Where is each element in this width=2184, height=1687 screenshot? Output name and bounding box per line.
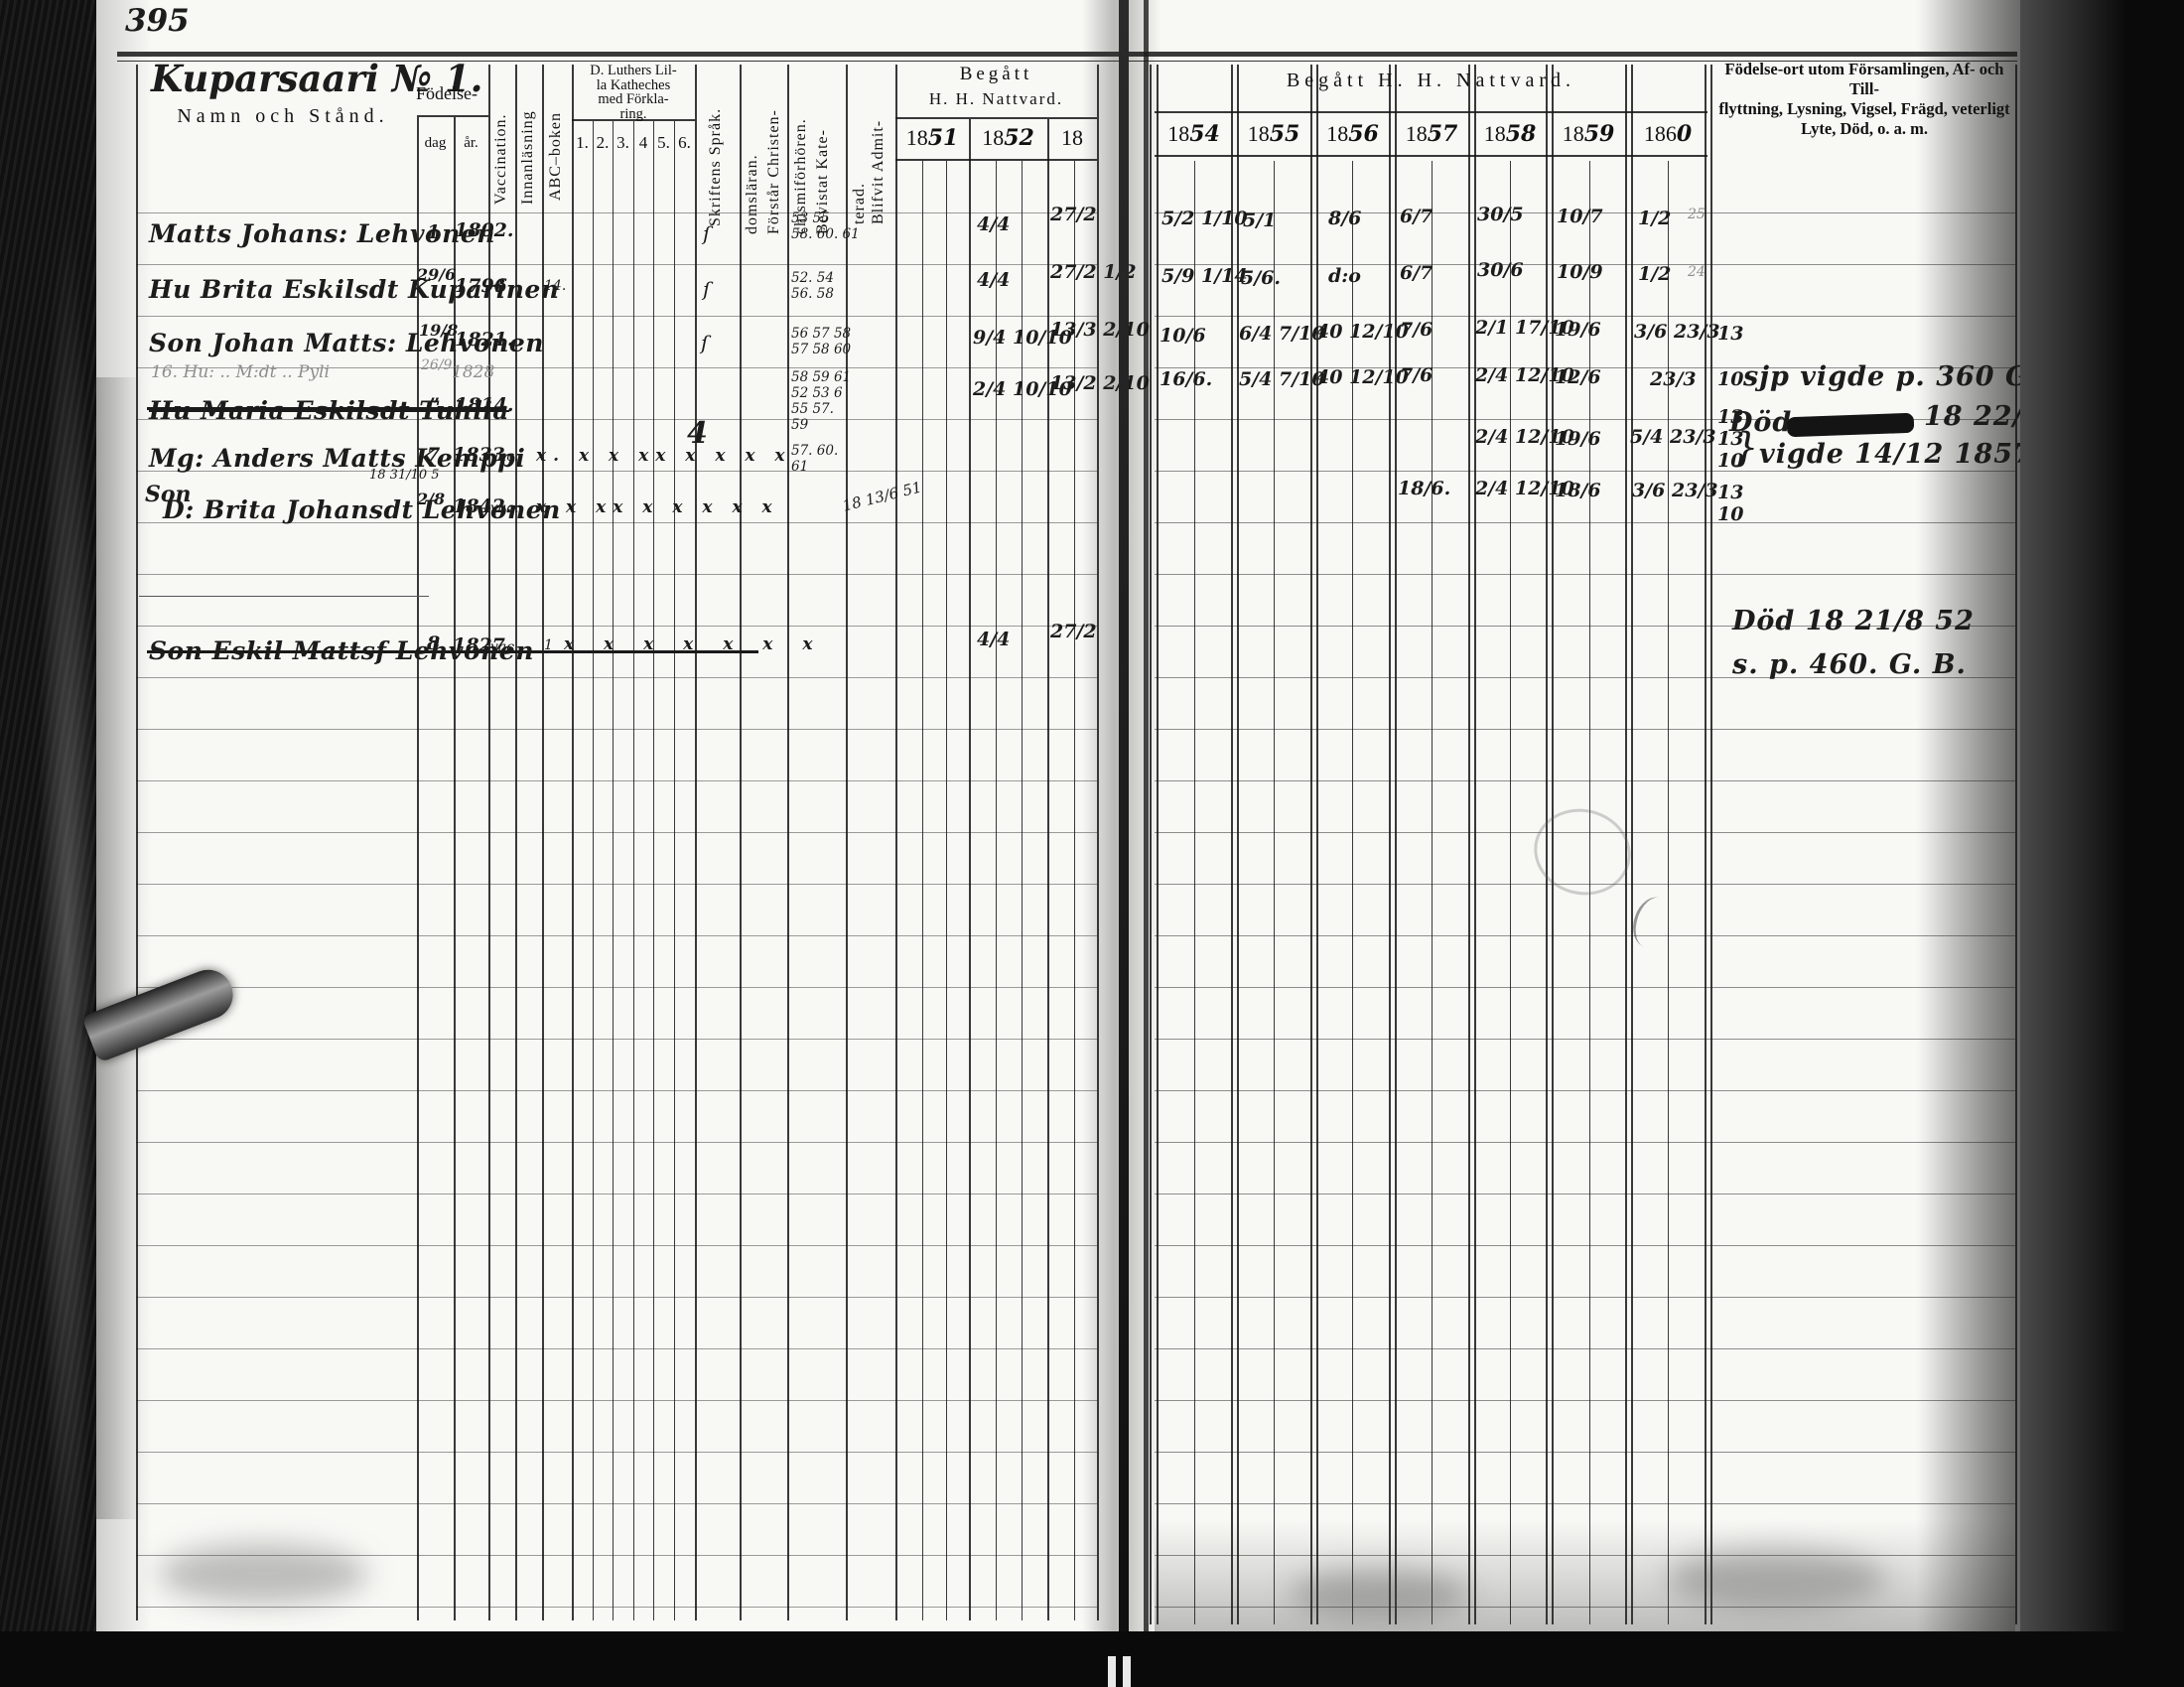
nattvard-1854: 5/9 1/14	[1161, 266, 1248, 288]
rule-line-v	[1310, 65, 1312, 1624]
right-edge-shadow	[1916, 0, 2020, 1687]
nattvard-1858: 30/6	[1477, 260, 1524, 282]
year-print: 186	[1644, 121, 1677, 146]
nattvard-1859: 10/9	[1557, 262, 1603, 284]
column-header-katekes: D. Luthers Lil- la Katheches med Förkla-…	[574, 64, 693, 121]
fold-crease-line	[1144, 0, 1149, 1636]
vaccination-mark: w	[493, 280, 505, 296]
abc-mark: 14.	[544, 278, 566, 294]
year-print: 18	[1484, 121, 1506, 146]
rule-line-v	[613, 121, 614, 1620]
year-hand: 54	[1189, 121, 1220, 147]
nattvard-1859: 18/6	[1555, 481, 1601, 502]
rule-line-v	[1705, 65, 1706, 1624]
skrift-mark: ſ	[703, 222, 710, 245]
left-nattvard-header-line1: Begått	[895, 64, 1097, 85]
year-print: 18	[1167, 121, 1189, 146]
nattvard-1856: 40 12/10	[1316, 322, 1409, 344]
left-margin-shading	[94, 377, 142, 1519]
dashed-guide-line	[139, 596, 429, 597]
nattvard-1855: 5/4 7/10	[1239, 369, 1325, 391]
right-nattvard-header: Begått H. H. Nattvard.	[1155, 70, 1707, 92]
nattvard-1857: 7/6	[1400, 320, 1433, 342]
binding-tick-mark	[1123, 1656, 1131, 1687]
katekes-subcol-4: 4	[633, 133, 653, 153]
examination-crosses: x x xx x x x x x	[536, 498, 779, 518]
right-year-1859: 1859	[1552, 121, 1625, 147]
note-number: 13 10	[1717, 483, 1743, 526]
year-print: 18	[1248, 121, 1270, 146]
smudge	[1291, 1569, 1469, 1618]
row-name: Matts Johans: Lehvonen	[149, 220, 495, 249]
nattvard-1854: 10/6	[1160, 326, 1206, 348]
rule-line-v	[1474, 65, 1476, 1624]
right-year-1858: 1858	[1474, 121, 1546, 147]
smudge	[159, 1544, 367, 1604]
year-print: 18	[1563, 121, 1584, 146]
nattvard-1860: 3/6 23/3	[1634, 322, 1720, 344]
note-number: 13	[1717, 324, 1743, 346]
bevistat-years: 55 57. 59	[791, 401, 834, 433]
rule-line-v	[1231, 65, 1233, 1624]
rule-line-v	[1316, 65, 1318, 1624]
subheader-dag: dag	[417, 135, 454, 152]
year-hand: 56	[1348, 121, 1379, 147]
rule-line-v	[1389, 65, 1391, 1624]
skrift-mark: ſ	[701, 332, 708, 354]
right-year-1855: 1855	[1237, 121, 1310, 147]
bevistat-years: 58 59 61 52 53 6	[791, 369, 851, 401]
rule-line-v	[922, 161, 923, 1620]
rule-line-h	[1155, 111, 1707, 113]
fold-crease-line	[1119, 0, 1129, 1636]
nattvard-1855: 5/6.	[1241, 268, 1281, 290]
column-header-vaccination: Vaccination.	[492, 71, 510, 205]
smudge	[1668, 1549, 1886, 1609]
year-hand: 52	[1004, 125, 1034, 151]
nattvard-1855: 5/1	[1243, 211, 1276, 232]
note-number: 10	[1717, 369, 1743, 391]
column-header-admitterad-line1: Blifvit Admit-	[870, 66, 887, 224]
nattvard-1857: 6/7	[1400, 263, 1433, 285]
nattvard-1860: 1/2	[1638, 264, 1671, 286]
nattvard-1857: 6/7	[1400, 207, 1433, 228]
examination-crosses: x. x x xx x x x x	[536, 447, 792, 467]
katekes-subcol-3: 3.	[613, 133, 633, 153]
column-header-innanlasning: Innanläsning	[519, 71, 537, 205]
row-birth-year: 1814.	[455, 395, 514, 417]
rule-line-v	[969, 119, 971, 1620]
nattvard-1859: 19/6	[1555, 320, 1601, 342]
year-hand: 57	[1428, 121, 1458, 147]
nattvard-1859: 19/6	[1555, 429, 1601, 451]
subheader-ar: år.	[454, 135, 488, 152]
column-header-skriftens-sprak: Skriftens Språk.	[707, 68, 725, 226]
nattvard-1852: 4/4	[977, 630, 1010, 651]
marginal-brace: }	[1733, 425, 1758, 471]
scan-bottom-black-border	[0, 1631, 2184, 1687]
nattvard-1855: 6/4 7/10	[1239, 324, 1325, 346]
rule-line-v	[1237, 65, 1239, 1624]
nattvard-1860: 5/4 23/3	[1630, 427, 1716, 449]
rule-line-v	[1710, 65, 1712, 1624]
strikethrough-line	[147, 650, 758, 653]
rule-line-v	[895, 65, 897, 1620]
scan-right-black-border	[2020, 0, 2184, 1687]
rule-line-v	[1631, 65, 1633, 1624]
nattvard-1859: 12/6	[1555, 367, 1601, 389]
nattvard-1854: 5/2 1/10	[1161, 209, 1248, 230]
vaccination-mark: vac.	[490, 500, 519, 516]
right-year-1860: 1860	[1631, 121, 1705, 147]
year-print: 18	[1061, 125, 1083, 150]
year-hand: 0	[1677, 121, 1692, 147]
rule-line-v	[633, 121, 634, 1620]
nattvard-1852: 4/4	[977, 270, 1010, 292]
nattvard-1859: 10/7	[1557, 207, 1603, 228]
right-year-1857: 1857	[1395, 121, 1468, 147]
bevistat-years: 56 57 58 57 58 60	[791, 326, 851, 357]
rule-line-h	[895, 159, 1097, 161]
nattvard-1860: 23/3	[1650, 369, 1697, 391]
nattvard-1856: d:o	[1328, 266, 1361, 288]
column-header-abc-boken: ABC–boken	[547, 75, 565, 201]
bevistat-years: 53 55 58. 60. 61	[791, 211, 860, 242]
rule-line-h	[1155, 155, 1707, 157]
rule-line-v	[740, 65, 742, 1620]
rule-line-v	[787, 65, 789, 1620]
bevistat-years: 57. 60. 61	[791, 443, 838, 475]
row-birth-year: 1828	[452, 363, 494, 383]
katekes-subcol-5: 5.	[653, 133, 674, 153]
katekes-subcol-1: 1.	[572, 133, 593, 153]
binding-tick-mark	[1108, 1656, 1116, 1687]
interline-note: 18 31/10 5	[369, 469, 440, 484]
row-birth-day-ditto: ”	[429, 395, 440, 417]
row-birth-day: 26/9	[421, 357, 452, 373]
rule-line-v	[1395, 65, 1397, 1624]
rule-line-v	[1468, 65, 1470, 1624]
year-print: 18	[1326, 121, 1348, 146]
rule-line-v	[674, 121, 675, 1620]
column-header-fodelse: Födelse-	[405, 83, 488, 104]
left-nattvard-header-line2: H. H. Nattvard.	[895, 89, 1097, 109]
rule-line-v	[593, 121, 594, 1620]
nattvard-1852: 4/4	[977, 214, 1010, 236]
nattvard-1860: 1/2	[1638, 209, 1671, 230]
year-print: 18	[906, 125, 928, 150]
pencil-annotation: 25	[1688, 207, 1706, 222]
column-header-forstar-line2: domsläran.	[744, 66, 761, 234]
row-birth-day: 7	[427, 445, 440, 467]
row-birth-year: 1821.	[455, 330, 514, 351]
column-header-bevistat-line2: chismiförhören.	[792, 66, 810, 234]
row-birth-day: 19/8	[419, 322, 458, 340]
nattvard-1860: 3/6 23/3	[1632, 481, 1718, 502]
year-hand: 51	[928, 125, 959, 151]
rule-line-v	[653, 121, 654, 1620]
katekes-subcol-2: 2.	[593, 133, 613, 153]
rule-line-v	[846, 65, 848, 1620]
rule-line-v	[572, 65, 574, 1620]
rule-line-v	[695, 65, 697, 1620]
row-birth-day: 2/8	[417, 491, 445, 508]
rule-line-h	[895, 117, 1097, 119]
katekes-subcol-6: 6.	[674, 133, 695, 153]
strikethrough-line	[147, 407, 506, 410]
bottom-page-shading	[1155, 1519, 2015, 1631]
left-year-1851: 1851	[895, 125, 969, 151]
bevistat-years: 52. 54 56. 58	[791, 270, 834, 302]
rule-line-h	[417, 115, 488, 117]
right-year-1854: 1854	[1157, 121, 1231, 147]
column-header-admitterad-line2: terad.	[851, 66, 869, 224]
column-header-namn-och-stand: Namn och Stånd.	[149, 105, 417, 128]
right-year-1856: 1856	[1316, 121, 1389, 147]
scanned-parish-register-page: 395 Kuparsaari № 1. Namn och Stånd. Föde…	[0, 0, 2184, 1687]
row-birth-day: 1	[427, 222, 440, 244]
nattvard-1854: 16/6.	[1160, 369, 1212, 391]
nattvard-1857: 18/6.	[1398, 479, 1450, 500]
year-print: 18	[1406, 121, 1428, 146]
column-header-forstar-line1: Förstår Christen-	[765, 66, 783, 234]
nattvard-1856: 40 12/10	[1316, 367, 1409, 389]
skrift-mark: 4	[687, 417, 708, 452]
year-hand: 55	[1270, 121, 1300, 147]
skrift-mark: ſ	[703, 278, 710, 301]
row-name-pencil: 16. Hu: .. M:dt .. Pyli	[151, 363, 330, 383]
scan-left-black-border	[0, 0, 96, 1687]
page-number: 395	[125, 4, 190, 40]
nattvard-1858: 30/5	[1477, 205, 1524, 226]
nattvard-1856: 8/6	[1328, 209, 1361, 230]
row-birth-year: 1802.	[455, 220, 514, 242]
left-year-1852: 1852	[969, 125, 1047, 151]
column-header-bevistat-line1: Bevistat Kate-	[814, 66, 832, 234]
pencil-annotation: 24	[1688, 264, 1706, 280]
year-hand: 58	[1506, 121, 1537, 147]
vaccination-mark: vac.	[490, 449, 519, 465]
year-print: 18	[982, 125, 1004, 150]
rule-line-v	[946, 161, 947, 1620]
year-hand: 59	[1584, 121, 1615, 147]
nattvard-1857: 7/6	[1400, 365, 1433, 387]
row-birth-day: 29/6	[417, 266, 456, 284]
